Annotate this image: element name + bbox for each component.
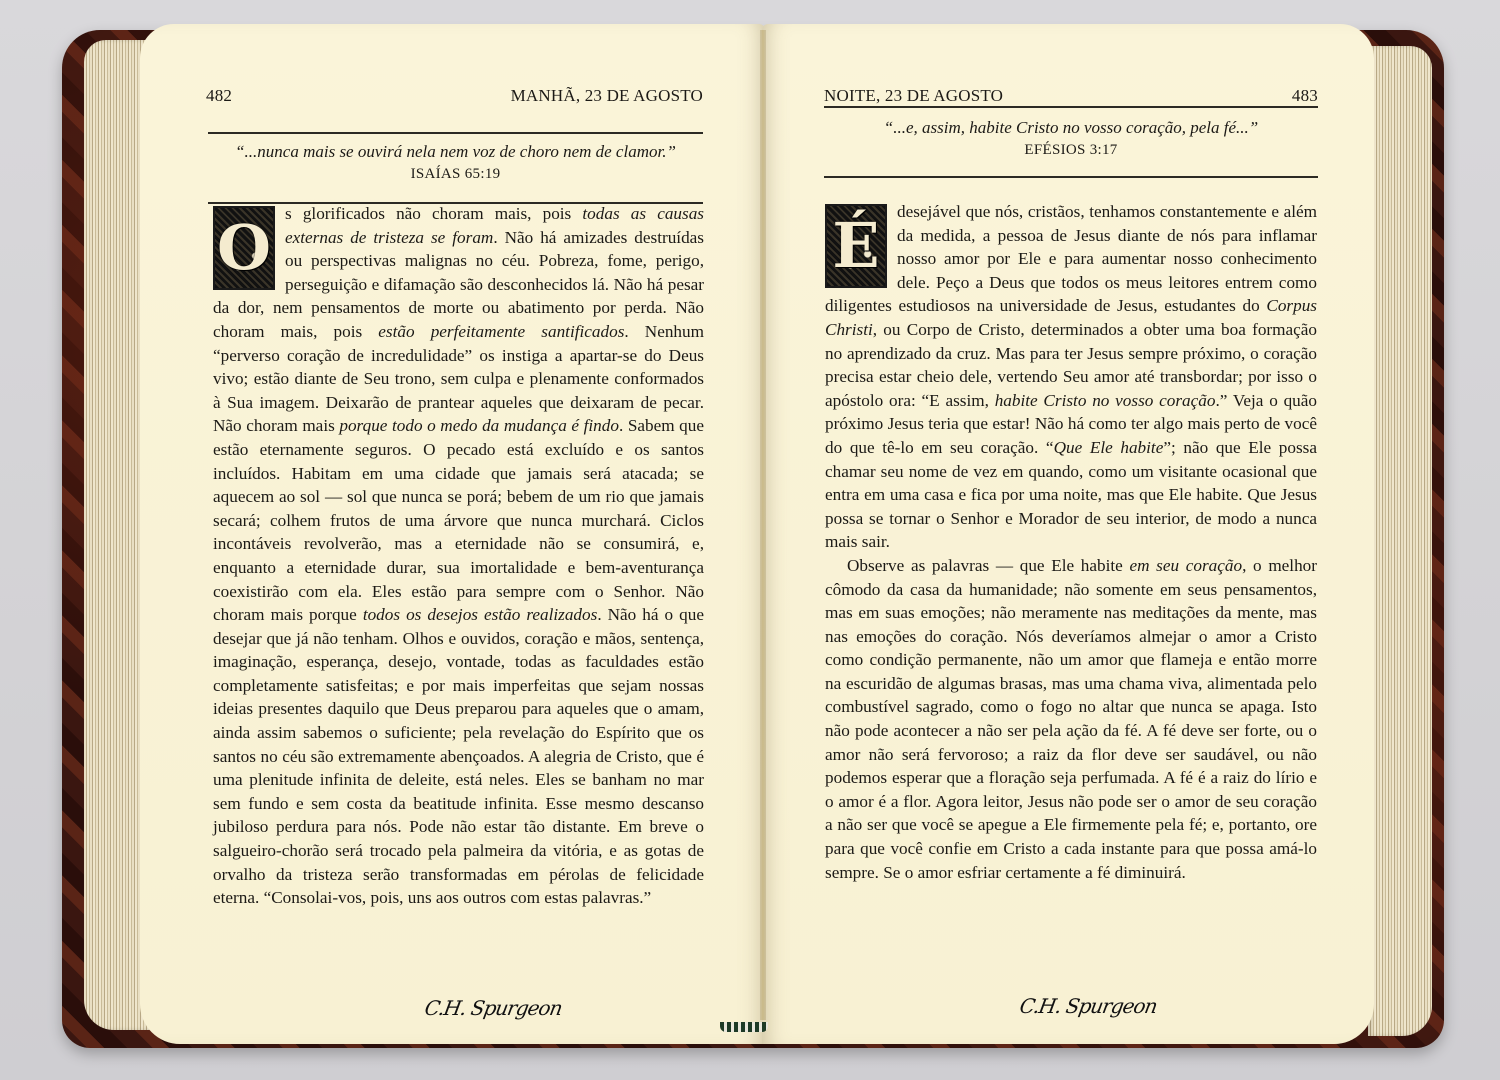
emphasis-text: todas as causas externas de tristeza se … bbox=[285, 204, 704, 247]
emphasis-text: habite Cristo no vosso coração bbox=[995, 391, 1216, 410]
devotional-text: O s glorificados não choram mais, pois t… bbox=[213, 202, 704, 910]
ornamental-dropcap-icon: O bbox=[213, 206, 275, 290]
epigraph-reference: EFÉSIOS 3:17 bbox=[824, 142, 1318, 159]
ornamental-dropcap-icon: É bbox=[825, 204, 887, 288]
running-head: NOITE, 23 DE AGOSTO bbox=[824, 86, 1003, 106]
epigraph: “...e, assim, habite Cristo no vosso cor… bbox=[824, 118, 1318, 159]
emphasis-text: estão perfeitamente santificados bbox=[378, 322, 624, 341]
page-number: 483 bbox=[1292, 86, 1318, 106]
book-gutter bbox=[760, 30, 766, 1020]
epigraph-verse: “...nunca mais se ouvirá nela nem voz de… bbox=[208, 142, 703, 162]
right-page: NOITE, 23 DE AGOSTO 483 “...e, assim, ha… bbox=[762, 24, 1374, 1044]
emphasis-text: todos os desejos estão realizados bbox=[363, 605, 598, 624]
left-page: 482 MANHÃ, 23 DE AGOSTO “...nunca mais s… bbox=[140, 24, 765, 1044]
ribbon-bookmark-bottom[interactable] bbox=[720, 1022, 768, 1032]
header-rule bbox=[208, 132, 703, 134]
emphasis-text: Que Ele habite bbox=[1054, 438, 1164, 457]
body-paragraph: s glorificados não choram mais, pois tod… bbox=[213, 204, 704, 907]
devotional-text: É desejável que nós, cristãos, tenhamos … bbox=[825, 200, 1317, 884]
body-paragraph-1: desejável que nós, cristãos, tenhamos co… bbox=[825, 202, 1317, 551]
author-signature: C.H. Spurgeon bbox=[423, 996, 564, 1020]
author-signature: C.H. Spurgeon bbox=[1018, 994, 1159, 1018]
emphasis-text: Corpus Christi bbox=[825, 296, 1317, 339]
header-rule bbox=[824, 106, 1318, 108]
page-edges-right bbox=[1368, 46, 1432, 1036]
running-head: MANHÃ, 23 DE AGOSTO bbox=[511, 86, 703, 106]
page-number: 482 bbox=[206, 86, 232, 106]
epigraph: “...nunca mais se ouvirá nela nem voz de… bbox=[208, 142, 703, 183]
epigraph-reference: ISAÍAS 65:19 bbox=[208, 166, 703, 183]
epigraph-rule bbox=[824, 176, 1318, 178]
emphasis-text: em seu coração bbox=[1129, 556, 1242, 575]
emphasis-text: porque todo o medo da mudança é findo bbox=[339, 416, 619, 435]
epigraph-verse: “...e, assim, habite Cristo no vosso cor… bbox=[824, 118, 1318, 138]
body-paragraph-2: Observe as palavras — que Ele habite em … bbox=[825, 556, 1317, 882]
